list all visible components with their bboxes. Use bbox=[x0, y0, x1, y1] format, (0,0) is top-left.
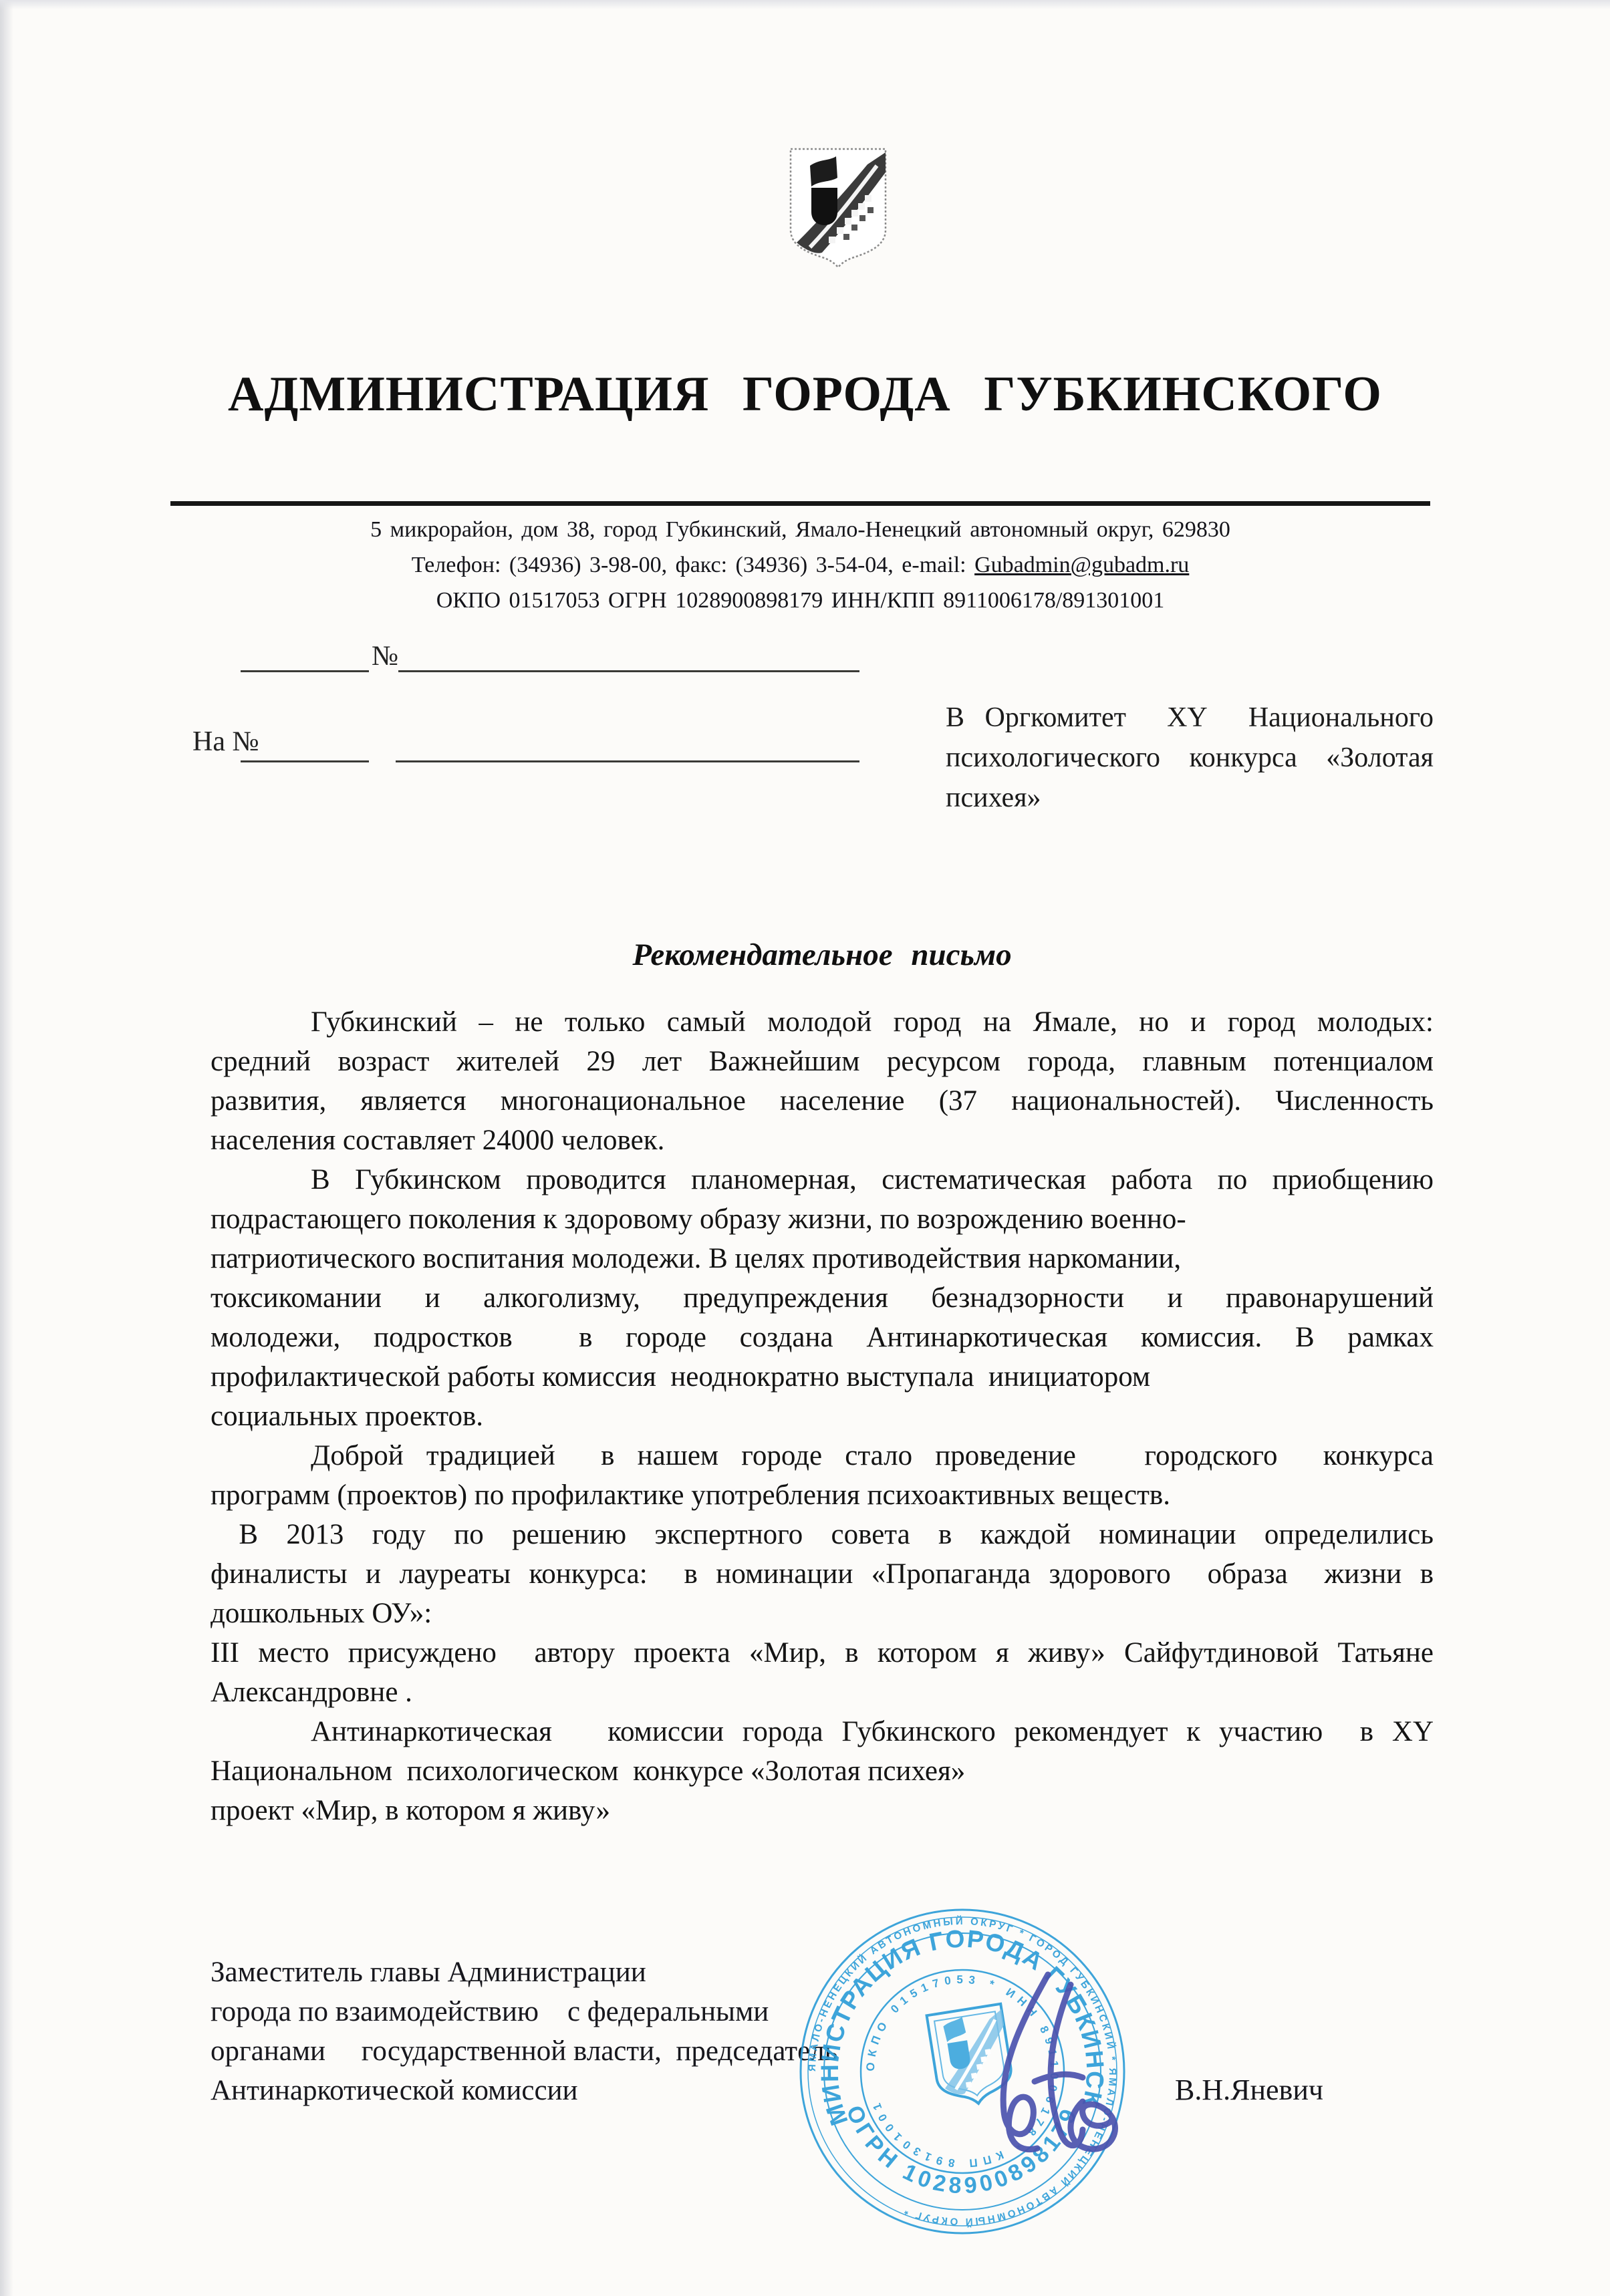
text-line: Доброй традицией в нашем городе стало пр… bbox=[211, 1436, 1434, 1475]
signer-name: В.Н.Яневич bbox=[1175, 2073, 1323, 2107]
number-sign-label: № bbox=[372, 640, 398, 672]
official-round-stamp: ЯМАЛО-НЕНЕЦКИЙ АВТОНОМНЫЙ ОКРУГ * ГОРОД … bbox=[769, 1881, 1156, 2269]
postal-address: 5 микрорайон, дом 38, город Губкинский, … bbox=[170, 512, 1430, 547]
paragraph-city-contest: Доброй традицией в нашем городе стало пр… bbox=[211, 1436, 1434, 1515]
text-line: дошкольных ОУ»: bbox=[211, 1594, 1434, 1633]
scanned-letter-page: АДМИНИСТРАЦИЯ ГОРОДА ГУБКИНСКОГО 5 микро… bbox=[0, 0, 1610, 2296]
paragraph-recommendation: Антинаркотическая комиссии города Губкин… bbox=[211, 1712, 1434, 1830]
text-line: Губкинский – не только самый молодой гор… bbox=[211, 1002, 1434, 1042]
city-coat-of-arms-icon bbox=[787, 146, 889, 270]
organization-name: АДМИНИСТРАЦИЯ ГОРОДА ГУБКИНСКОГО bbox=[94, 366, 1516, 423]
text-line: III место присуждено автору проекта «Мир… bbox=[211, 1633, 1434, 1673]
text-line: Александровне . bbox=[211, 1673, 1434, 1712]
text-line: профилактической работы комиссия неоднок… bbox=[211, 1357, 1434, 1397]
scan-edge-shadow bbox=[0, 0, 13, 2296]
text-line: В Губкинском проводится планомерная, сис… bbox=[211, 1160, 1434, 1199]
phone-fax-text: Телефон: (34936) 3-98-00, факс: (34936) … bbox=[412, 553, 974, 577]
phone-fax-email-line: Телефон: (34936) 3-98-00, факс: (34936) … bbox=[170, 547, 1430, 583]
letterhead-contacts: 5 микрорайон, дом 38, город Губкинский, … bbox=[170, 512, 1430, 618]
header-divider bbox=[170, 501, 1430, 506]
reply-number-blank bbox=[396, 760, 859, 762]
text-line: населения составляет 24000 человек. bbox=[211, 1121, 1434, 1160]
recipient-block: В Оргкомитет XY Национальногопсихологиче… bbox=[946, 698, 1434, 818]
text-line: развития, является многонациональное нас… bbox=[211, 1081, 1434, 1121]
text-line: психея» bbox=[946, 778, 1434, 818]
registration-codes: ОКПО 01517053 ОГРН 1028900898179 ИНН/КПП… bbox=[170, 583, 1430, 618]
text-line: психологического конкурса «Золотая bbox=[946, 738, 1434, 778]
text-line: молодежи, подростков в городе создана Ан… bbox=[211, 1318, 1434, 1357]
text-line: патриотического воспитания молодежи. В ц… bbox=[211, 1239, 1434, 1278]
reply-date-blank bbox=[241, 760, 369, 762]
text-line: программ (проектов) по профилактике упот… bbox=[211, 1475, 1434, 1515]
text-line: В Оргкомитет XY Национального bbox=[946, 698, 1434, 738]
text-line: финалисты и лауреаты конкурса: в номинац… bbox=[211, 1554, 1434, 1594]
paragraph-third-place: III место присуждено автору проекта «Мир… bbox=[211, 1633, 1434, 1712]
email-text: Gubadmin@gubadm.ru bbox=[974, 553, 1189, 577]
paragraph-prevention-work: В Губкинском проводится планомерная, сис… bbox=[211, 1160, 1434, 1436]
scan-edge-shadow-top bbox=[0, 0, 1610, 9]
outgoing-number-blank bbox=[398, 670, 859, 672]
text-line: социальных проектов. bbox=[211, 1397, 1434, 1436]
text-line: подрастающего поколения к здоровому обра… bbox=[211, 1199, 1434, 1239]
paragraph-city-intro: Губкинский – не только самый молодой гор… bbox=[211, 1002, 1434, 1160]
text-line: токсикомании и алкоголизму, предупрежден… bbox=[211, 1278, 1434, 1318]
text-line: средний возраст жителей 29 лет Важнейшим… bbox=[211, 1042, 1434, 1081]
text-line: В 2013 году по решению экспертного совет… bbox=[211, 1515, 1434, 1554]
paragraph-2013-results: В 2013 году по решению экспертного совет… bbox=[211, 1515, 1434, 1633]
text-line: Антинаркотическая комиссии города Губкин… bbox=[211, 1712, 1434, 1751]
letter-body: Рекомендательное письмо Губкинский – не … bbox=[211, 937, 1434, 1830]
letter-title: Рекомендательное письмо bbox=[211, 937, 1434, 973]
outgoing-date-blank bbox=[241, 670, 369, 672]
reply-to-label: На № bbox=[192, 726, 259, 758]
text-line: проект «Мир, в котором я живу» bbox=[211, 1791, 1434, 1830]
text-line: Национальном психологическом конкурсе «З… bbox=[211, 1751, 1434, 1791]
